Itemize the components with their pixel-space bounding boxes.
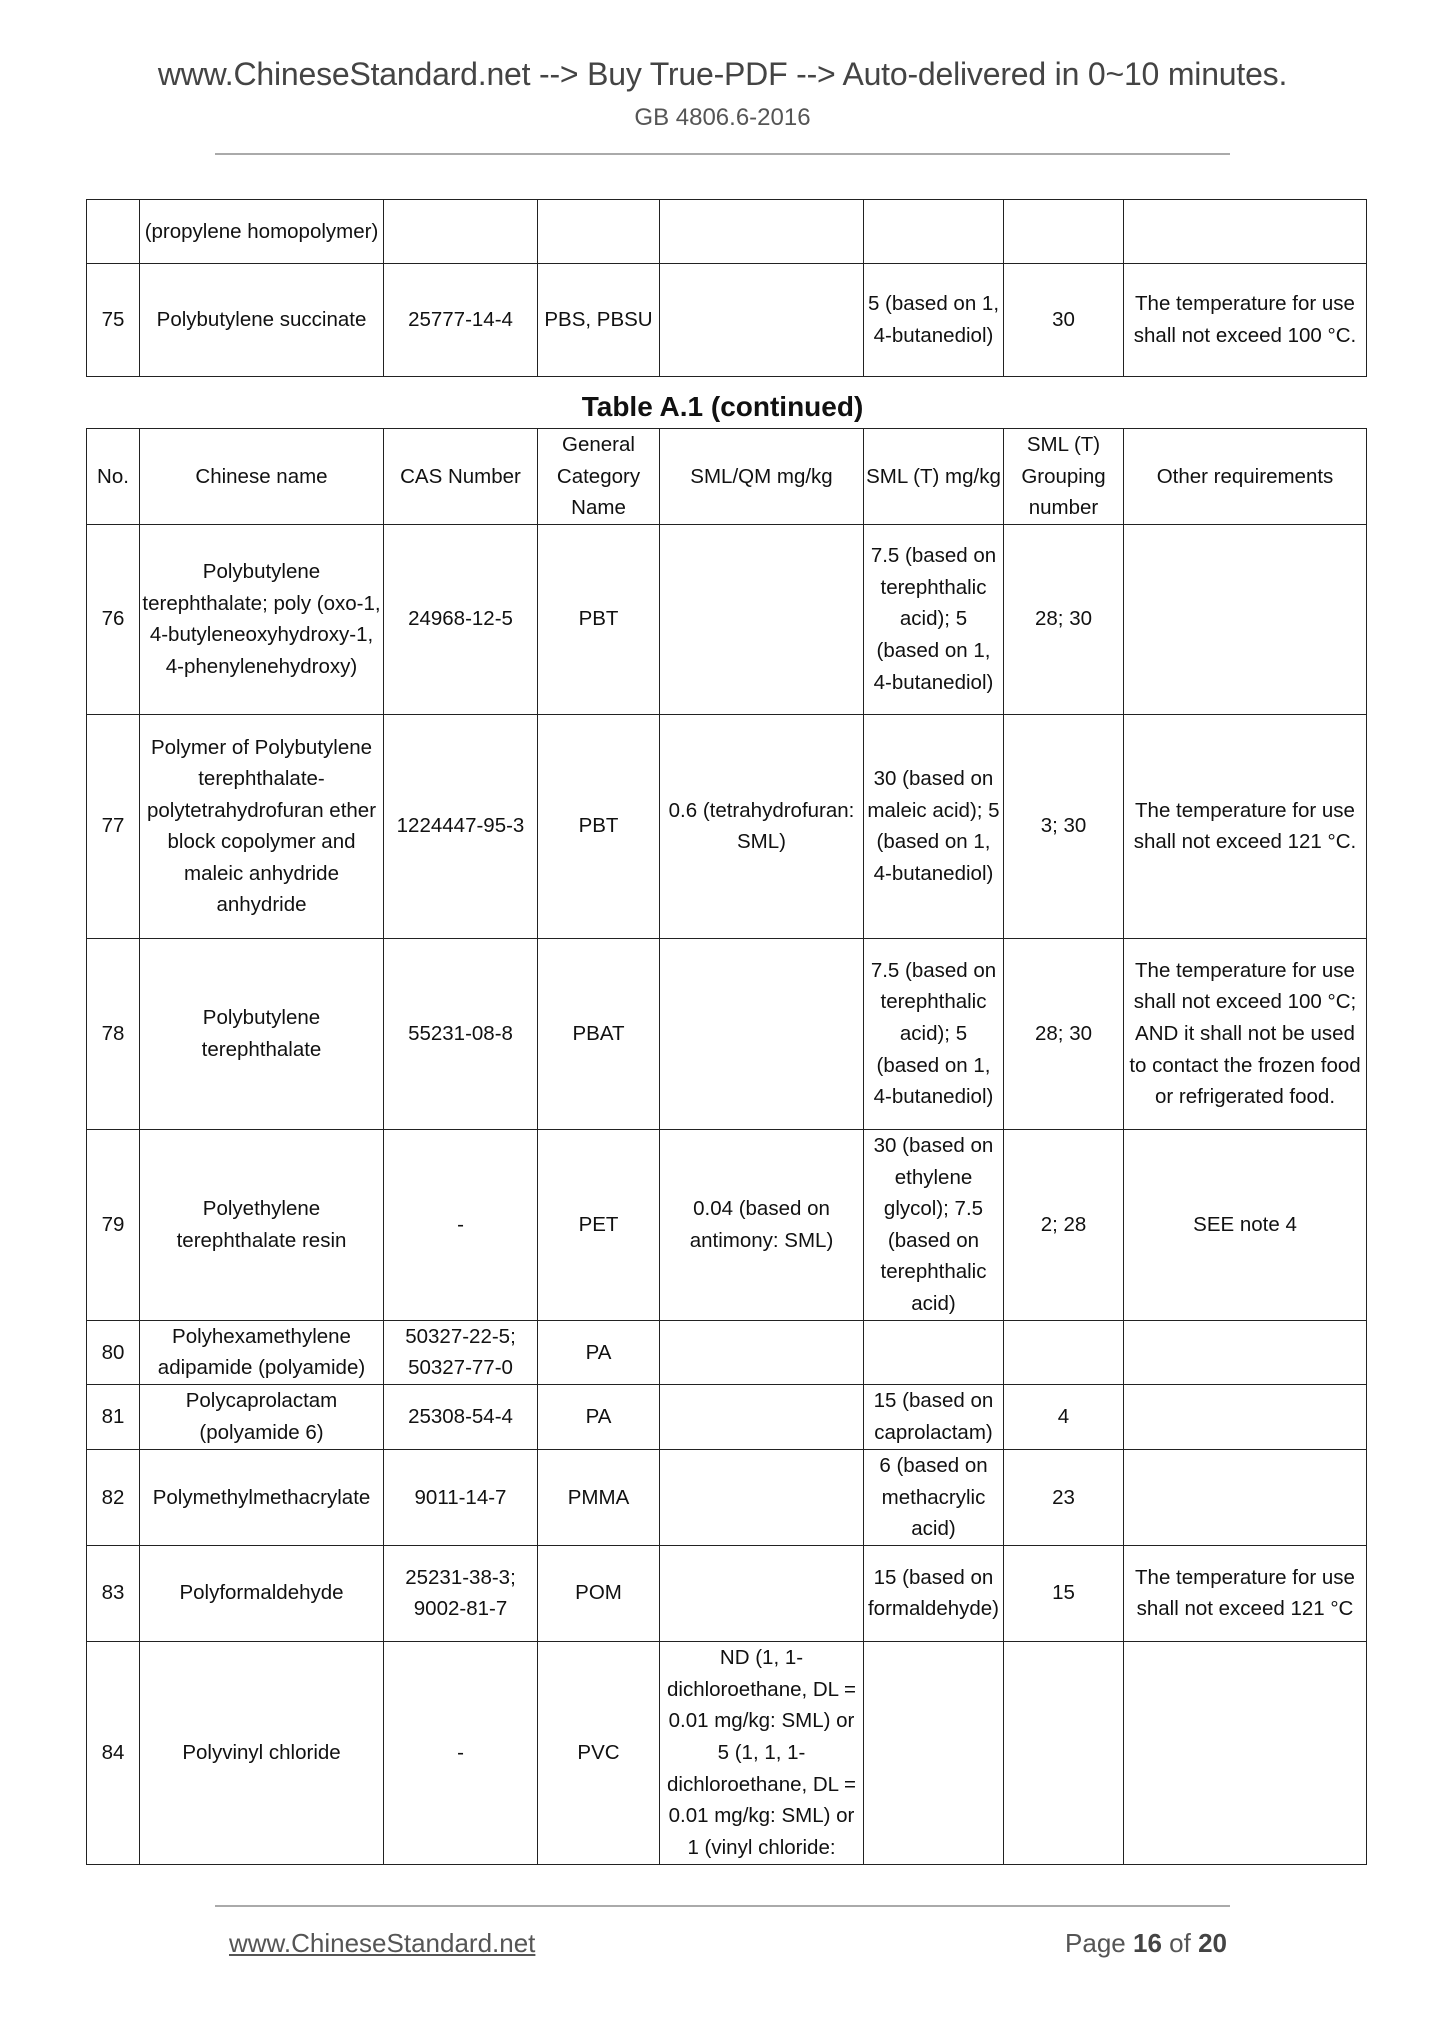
table-previous-part: (propylene homopolymer)75Polybutylene su… xyxy=(86,199,1367,377)
cell-sml-t: 6 (based on methacrylic acid) xyxy=(864,1449,1004,1545)
cell-chinese-name: Polybutylene succinate xyxy=(140,264,384,377)
cell-no: 82 xyxy=(87,1449,140,1545)
table-row: 83Polyformaldehyde25231-38-3; 9002-81-7P… xyxy=(87,1545,1367,1641)
col-header-sml-t-grouping: SML (T) Grouping number xyxy=(1004,429,1124,525)
cell-no: 77 xyxy=(87,714,140,938)
cell-cas-number: 1224447-95-3 xyxy=(384,714,538,938)
cell-no: 78 xyxy=(87,938,140,1129)
cell-other-requirements xyxy=(1124,524,1367,714)
table-row: 78Polybutylene terephthalate55231-08-8PB… xyxy=(87,938,1367,1129)
cell-chinese-name: Polyvinyl chloride xyxy=(140,1641,384,1864)
header-banner-title: www.ChineseStandard.net --> Buy True-PDF… xyxy=(0,56,1445,93)
cell-sml-t: 30 (based on ethylene glycol); 7.5 (base… xyxy=(864,1129,1004,1320)
cell-category: PBT xyxy=(538,714,660,938)
cell-sml-t: 30 (based on maleic acid); 5 (based on 1… xyxy=(864,714,1004,938)
cell-cas-number: 25777-14-4 xyxy=(384,264,538,377)
cell-chinese-name: (propylene homopolymer) xyxy=(140,200,384,264)
cell-grouping: 23 xyxy=(1004,1449,1124,1545)
cell-chinese-name: Polybutylene terephthalate; poly (oxo-1,… xyxy=(140,524,384,714)
cell-cas-number: 24968-12-5 xyxy=(384,524,538,714)
page-indicator: Page 16 of 20 xyxy=(1065,1928,1227,1959)
table-row: 81Polycaprolactam (polyamide 6)25308-54-… xyxy=(87,1384,1367,1449)
cell-sml-qm xyxy=(660,1545,864,1641)
cell-chinese-name: Polymer of Polybutylene terephthalate-po… xyxy=(140,714,384,938)
cell-no: 80 xyxy=(87,1320,140,1384)
cell-sml-qm xyxy=(660,264,864,377)
cell-chinese-name: Polybutylene terephthalate xyxy=(140,938,384,1129)
col-header-chinese-name: Chinese name xyxy=(140,429,384,525)
cell-sml-qm: ND (1, 1-dichloroethane, DL = 0.01 mg/kg… xyxy=(660,1641,864,1864)
table-row: (propylene homopolymer) xyxy=(87,200,1367,264)
col-header-general-category: General Category Name xyxy=(538,429,660,525)
cell-sml-qm xyxy=(660,1449,864,1545)
cell-category: PBAT xyxy=(538,938,660,1129)
cell-chinese-name: Polyformaldehyde xyxy=(140,1545,384,1641)
table-caption: Table A.1 (continued) xyxy=(0,391,1445,423)
cell-chinese-name: Polymethylmethacrylate xyxy=(140,1449,384,1545)
cell-category: POM xyxy=(538,1545,660,1641)
cell-other-requirements: The temperature for use shall not exceed… xyxy=(1124,938,1367,1129)
cell-no: 75 xyxy=(87,264,140,377)
standard-code: GB 4806.6-2016 xyxy=(0,104,1445,132)
cell-grouping: 2; 28 xyxy=(1004,1129,1124,1320)
cell-sml-t xyxy=(864,1641,1004,1864)
cell-sml-qm xyxy=(660,1320,864,1384)
cell-other-requirements xyxy=(1124,1641,1367,1864)
cell-grouping xyxy=(1004,1320,1124,1384)
cell-sml-t: 5 (based on 1, 4-butanediol) xyxy=(864,264,1004,377)
page-of: of xyxy=(1169,1928,1191,1958)
col-header-other-requirements: Other requirements xyxy=(1124,429,1367,525)
cell-no: 79 xyxy=(87,1129,140,1320)
table-row: 76Polybutylene terephthalate; poly (oxo-… xyxy=(87,524,1367,714)
table-row: 79Polyethylene terephthalate resin-PET0.… xyxy=(87,1129,1367,1320)
table-row: 77Polymer of Polybutylene terephthalate-… xyxy=(87,714,1367,938)
cell-other-requirements xyxy=(1124,1449,1367,1545)
cell-cas-number: 55231-08-8 xyxy=(384,938,538,1129)
cell-sml-qm: 0.04 (based on antimony: SML) xyxy=(660,1129,864,1320)
cell-category: PA xyxy=(538,1320,660,1384)
cell-chinese-name: Polycaprolactam (polyamide 6) xyxy=(140,1384,384,1449)
col-header-no: No. xyxy=(87,429,140,525)
cell-grouping: 28; 30 xyxy=(1004,524,1124,714)
cell-cas-number: - xyxy=(384,1129,538,1320)
cell-no: 83 xyxy=(87,1545,140,1641)
cell-grouping: 4 xyxy=(1004,1384,1124,1449)
page-current: 16 xyxy=(1133,1928,1162,1958)
cell-category: PMMA xyxy=(538,1449,660,1545)
footer-divider xyxy=(215,1905,1230,1907)
cell-sml-t xyxy=(864,1320,1004,1384)
cell-sml-t xyxy=(864,200,1004,264)
cell-chinese-name: Polyethylene terephthalate resin xyxy=(140,1129,384,1320)
cell-cas-number: 25308-54-4 xyxy=(384,1384,538,1449)
table-row: 82Polymethylmethacrylate9011-14-7PMMA6 (… xyxy=(87,1449,1367,1545)
cell-grouping: 28; 30 xyxy=(1004,938,1124,1129)
cell-sml-t: 15 (based on caprolactam) xyxy=(864,1384,1004,1449)
cell-cas-number xyxy=(384,200,538,264)
header-divider xyxy=(215,153,1230,155)
cell-no: 84 xyxy=(87,1641,140,1864)
cell-category: PBT xyxy=(538,524,660,714)
table-row: 80Polyhexamethylene adipamide (polyamide… xyxy=(87,1320,1367,1384)
cell-sml-qm xyxy=(660,938,864,1129)
cell-cas-number: 25231-38-3; 9002-81-7 xyxy=(384,1545,538,1641)
cell-cas-number: 9011-14-7 xyxy=(384,1449,538,1545)
cell-sml-qm xyxy=(660,524,864,714)
table-row: 84Polyvinyl chloride-PVCND (1, 1-dichlor… xyxy=(87,1641,1367,1864)
cell-category: PVC xyxy=(538,1641,660,1864)
cell-grouping: 3; 30 xyxy=(1004,714,1124,938)
migration-limits-table: No. Chinese name CAS Number General Cate… xyxy=(86,428,1367,1865)
col-header-cas-number: CAS Number xyxy=(384,429,538,525)
cell-grouping xyxy=(1004,1641,1124,1864)
cell-other-requirements: The temperature for use shall not exceed… xyxy=(1124,264,1367,377)
cell-cas-number: 50327-22-5; 50327-77-0 xyxy=(384,1320,538,1384)
cell-no: 81 xyxy=(87,1384,140,1449)
cell-sml-qm xyxy=(660,1384,864,1449)
col-header-sml-t: SML (T) mg/kg xyxy=(864,429,1004,525)
cell-category xyxy=(538,200,660,264)
cell-other-requirements xyxy=(1124,1384,1367,1449)
cell-no xyxy=(87,200,140,264)
cell-other-requirements: The temperature for use shall not exceed… xyxy=(1124,1545,1367,1641)
cell-sml-qm: 0.6 (tetrahydrofuran: SML) xyxy=(660,714,864,938)
footer-site-link[interactable]: www.ChineseStandard.net xyxy=(229,1928,535,1959)
cell-sml-t: 15 (based on formaldehyde) xyxy=(864,1545,1004,1641)
page-label: Page xyxy=(1065,1928,1126,1958)
cell-category: PET xyxy=(538,1129,660,1320)
cell-category: PBS, PBSU xyxy=(538,264,660,377)
cell-category: PA xyxy=(538,1384,660,1449)
cell-other-requirements xyxy=(1124,200,1367,264)
cell-sml-qm xyxy=(660,200,864,264)
cell-grouping: 15 xyxy=(1004,1545,1124,1641)
cell-other-requirements: SEE note 4 xyxy=(1124,1129,1367,1320)
cell-sml-t: 7.5 (based on terephthalic acid); 5 (bas… xyxy=(864,938,1004,1129)
cell-other-requirements xyxy=(1124,1320,1367,1384)
page-total: 20 xyxy=(1198,1928,1227,1958)
cell-other-requirements: The temperature for use shall not exceed… xyxy=(1124,714,1367,938)
table-row: 75Polybutylene succinate25777-14-4PBS, P… xyxy=(87,264,1367,377)
cell-grouping xyxy=(1004,200,1124,264)
cell-no: 76 xyxy=(87,524,140,714)
cell-cas-number: - xyxy=(384,1641,538,1864)
cell-chinese-name: Polyhexamethylene adipamide (polyamide) xyxy=(140,1320,384,1384)
cell-sml-t: 7.5 (based on terephthalic acid); 5 (bas… xyxy=(864,524,1004,714)
table-header-row: No. Chinese name CAS Number General Cate… xyxy=(87,429,1367,525)
col-header-sml-qm: SML/QM mg/kg xyxy=(660,429,864,525)
cell-grouping: 30 xyxy=(1004,264,1124,377)
